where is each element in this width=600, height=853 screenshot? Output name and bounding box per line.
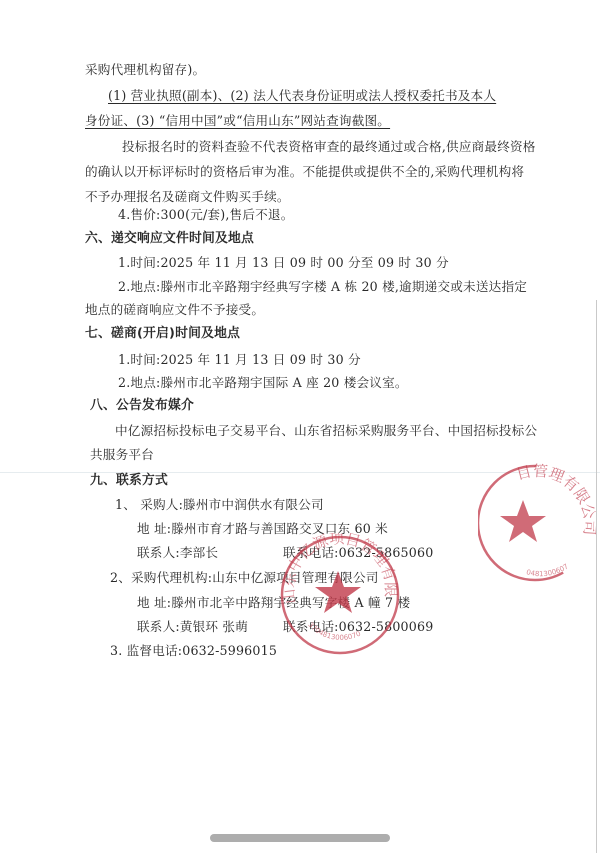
purchaser-contact: 联系人:李部长 — [137, 545, 218, 561]
svg-text:目管理有限公司: 目管理有限公司 — [514, 462, 599, 536]
text-line: 采购代理机构留存)。 — [85, 62, 205, 78]
horizontal-scrollbar[interactable] — [210, 834, 390, 842]
opening-place: 2.地点:滕州市北辛路翔宇国际 A 座 20 楼会议室。 — [118, 375, 408, 391]
section-heading-submission: 六、递交响应文件时间及地点 — [85, 231, 254, 247]
supervision-phone: 3. 监督电话:0632-5996015 — [110, 643, 277, 659]
requirements-line-2: 身份证、(3) “信用中国”或“信用山东”网站查询截图。 — [85, 113, 390, 129]
seam-seal-stamp-icon: 目管理有限公司 0481300607 — [478, 462, 600, 584]
media-line-2: 共服务平台 — [90, 447, 154, 463]
section-heading-opening: 七、磋商(开启)时间及地点 — [85, 326, 240, 342]
submission-place: 2.地点:滕州市北辛路翔宇经典写字楼 A 栋 20 楼,逾期递交或未送达指定 — [118, 279, 527, 295]
purchaser-phone: 联系电话:0632-5865060 — [283, 545, 433, 561]
opening-time: 1.时间:2025 年 11 月 13 日 09 时 30 分 — [118, 352, 361, 368]
scan-edge-line — [596, 300, 597, 853]
price-line: 4.售价:300(元/套),售后不退。 — [118, 207, 294, 223]
purchaser-name: 1、 采购人:滕州市中润供水有限公司 — [115, 497, 324, 513]
agency-contact: 联系人:黄银环 张萌 — [137, 619, 248, 635]
section-heading-media: 八、公告发布媒介 — [90, 398, 194, 414]
text-line: 不予办理报名及磋商文件购买手续。 — [85, 189, 290, 205]
submission-place-cont: 地点的磋商响应文件不予接受。 — [85, 302, 264, 318]
section-heading-contact: 九、联系方式 — [90, 473, 168, 489]
text-line: 的确认以开标评标时的资格后审为准。不能提供或提供不全的,采购代理机构将 — [85, 164, 524, 180]
agency-phone: 联系电话:0632-5800069 — [283, 619, 433, 635]
svg-text:0481300607: 0481300607 — [525, 562, 569, 578]
purchaser-address: 地 址:滕州市育才路与善国路交叉口东 60 米 — [137, 521, 388, 537]
agency-name: 2、采购代理机构:山东中亿源项目管理有限公司 — [110, 570, 379, 586]
agency-address: 地 址:滕州市北辛中路翔宇经典写字楼 A 幢 7 楼 — [137, 595, 410, 611]
requirements-line-1: (1) 营业执照(副本)、(2) 法人代表身份证明或法人授权委托书及本人 — [108, 88, 496, 104]
submission-time: 1.时间:2025 年 11 月 13 日 09 时 00 分至 09 时 30… — [118, 255, 449, 271]
media-line-1: 中亿源招标投标电子交易平台、山东省招标采购服务平台、中国招标投标公 — [115, 423, 537, 439]
text-line: 投标报名时的资料查验不代表资格审查的最终通过或合格,供应商最终资格 — [122, 139, 536, 155]
document-page: 采购代理机构留存)。 (1) 营业执照(副本)、(2) 法人代表身份证明或法人授… — [0, 0, 600, 853]
